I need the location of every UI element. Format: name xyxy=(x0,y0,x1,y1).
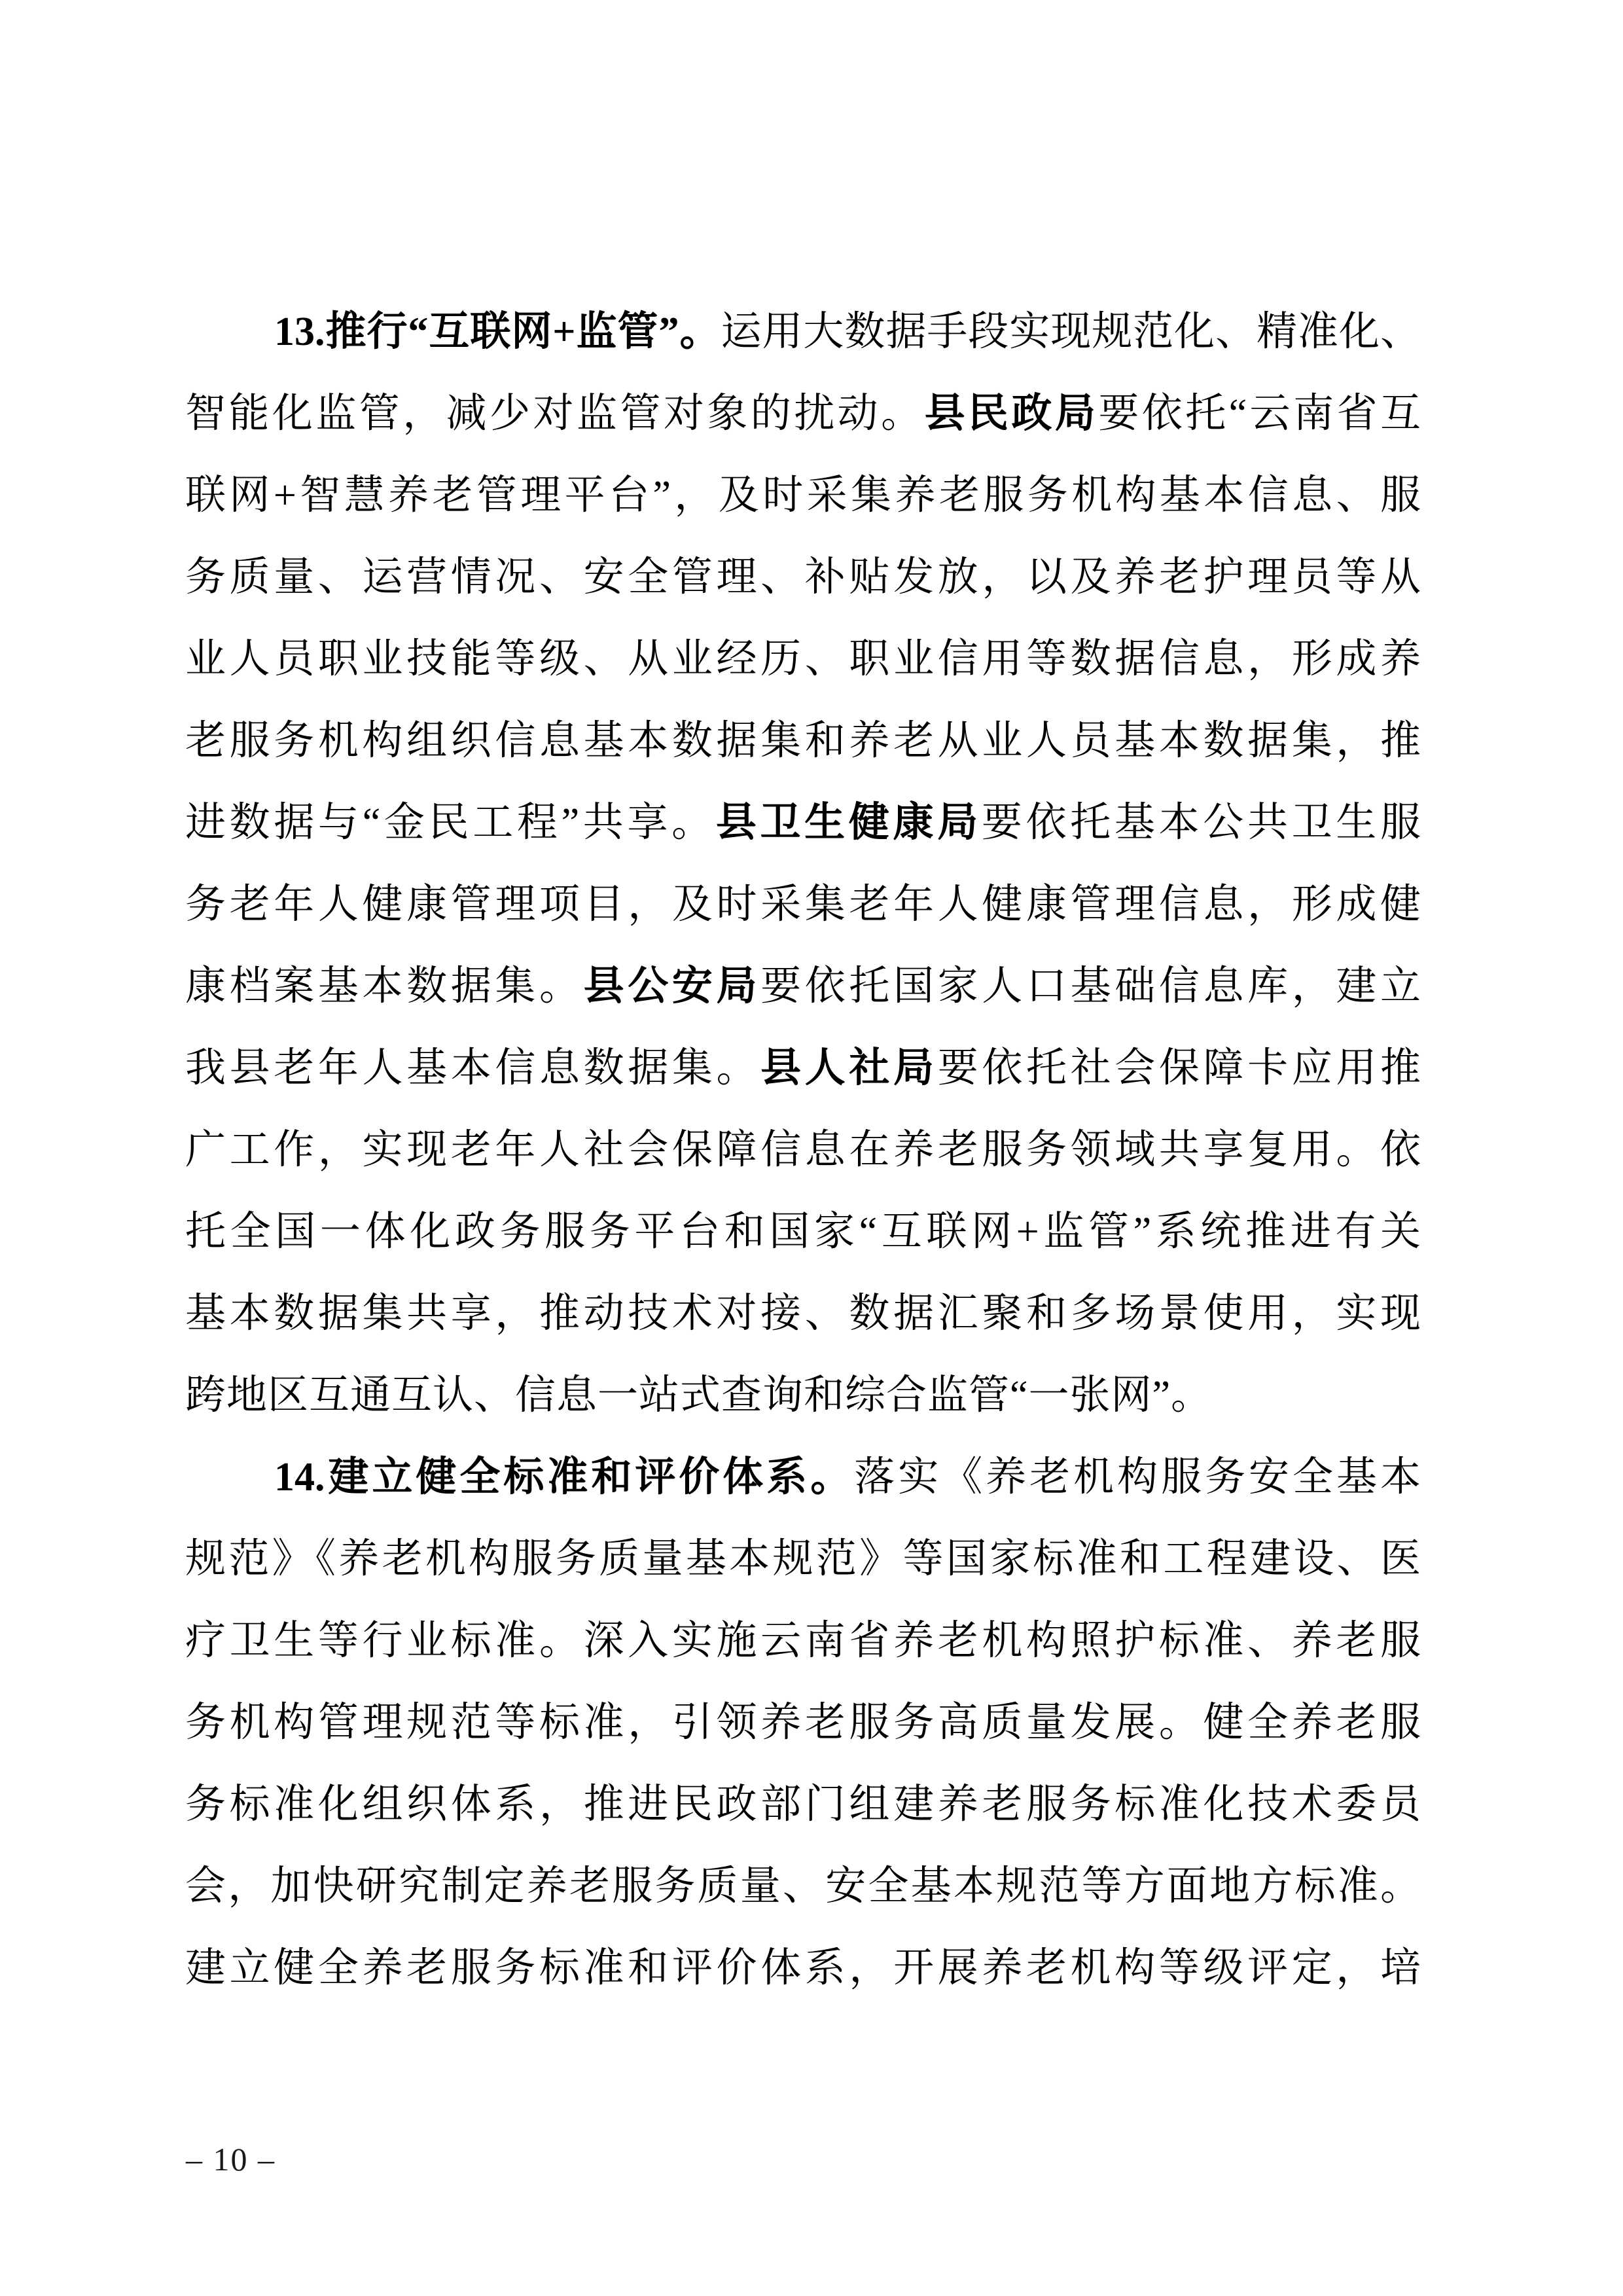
body-text: 要依托基本公共卫生服 xyxy=(982,800,1421,845)
text-line: 建立健全养老服务标准和评价体系，开展养老机构等级评定，培 xyxy=(185,1928,1421,2009)
text-line: 务机构管理规范等标准，引领养老服务高质量发展。健全养老服 xyxy=(185,1682,1421,1764)
text-line: 跨地区互通互认、信息一站式查询和综合监管“一张网”。 xyxy=(185,1355,1421,1437)
body-text: 托全国一体化政务服务平台和国家“互联网+监管”系统推进有关 xyxy=(185,1210,1421,1254)
text-line: 14.建立健全标准和评价体系。落实《养老机构服务安全基本 xyxy=(185,1437,1421,1518)
body-text: 务标准化组织体系，推进民政部门组建养老服务标准化技术委员 xyxy=(185,1782,1421,1827)
text-line: 务质量、运营情况、安全管理、补贴发放，以及养老护理员等从 xyxy=(185,537,1421,619)
body-text: 跨地区互通互认、信息一站式查询和综合监管“一张网”。 xyxy=(185,1373,1212,1418)
text-line: 托全国一体化政务服务平台和国家“互联网+监管”系统推进有关 xyxy=(185,1191,1421,1273)
body-text: 建立健全养老服务标准和评价体系，开展养老机构等级评定，培 xyxy=(185,1946,1421,1990)
body-text: 基本数据集共享，推动技术对接、数据汇聚和多场景使用，实现 xyxy=(185,1291,1421,1336)
body-text: 康档案基本数据集。 xyxy=(185,964,584,1009)
text-line: 智能化监管，减少对监管对象的扰动。县民政局要依托“云南省互 xyxy=(185,373,1421,455)
body-text: 运用大数据手段实现规范化、精准化、 xyxy=(721,310,1421,354)
text-line: 老服务机构组织信息基本数据集和养老从业人员基本数据集，推 xyxy=(185,700,1421,782)
body-text: 务老年人健康管理项目，及时采集老年人健康管理信息，形成健 xyxy=(185,882,1421,927)
text-line: 我县老年人基本信息数据集。县人社局要依托社会保障卡应用推 xyxy=(185,1028,1421,1109)
text-line: 康档案基本数据集。县公安局要依托国家人口基础信息库，建立 xyxy=(185,946,1421,1028)
body-text: 广工作，实现老年人社会保障信息在养老服务领域共享复用。依 xyxy=(185,1128,1421,1172)
text-line: 基本数据集共享，推动技术对接、数据汇聚和多场景使用，实现 xyxy=(185,1273,1421,1355)
emphasis-text: 13.推行“互联网+监管”。 xyxy=(274,310,721,354)
text-line: 务老年人健康管理项目，及时采集老年人健康管理信息，形成健 xyxy=(185,864,1421,946)
body-text: 疗卫生等行业标准。深入实施云南省养老机构照护标准、养老服 xyxy=(185,1619,1421,1663)
body-text: 要依托“云南省互 xyxy=(1098,391,1421,436)
text-line: 业人员职业技能等级、从业经历、职业信用等数据信息，形成养 xyxy=(185,619,1421,700)
document-page: { "page": { "background_color": "#ffffff… xyxy=(0,0,1623,2296)
text-line: 务标准化组织体系，推进民政部门组建养老服务标准化技术委员 xyxy=(185,1764,1421,1846)
text-line: 疗卫生等行业标准。深入实施云南省养老机构照护标准、养老服 xyxy=(185,1600,1421,1682)
text-line: 进数据与“金民工程”共享。县卫生健康局要依托基本公共卫生服 xyxy=(185,782,1421,864)
text-line: 广工作，实现老年人社会保障信息在养老服务领域共享复用。依 xyxy=(185,1109,1421,1191)
emphasis-text: 县民政局 xyxy=(925,391,1099,436)
body-text: 务质量、运营情况、安全管理、补贴发放，以及养老护理员等从 xyxy=(185,555,1421,600)
body-text: 老服务机构组织信息基本数据集和养老从业人员基本数据集，推 xyxy=(185,719,1421,763)
emphasis-text: 县公安局 xyxy=(584,964,761,1009)
emphasis-text: 县卫生健康局 xyxy=(716,800,982,845)
body-text: 进数据与“金民工程”共享。 xyxy=(185,800,716,845)
text-line: 会，加快研究制定养老服务质量、安全基本规范等方面地方标准。 xyxy=(185,1846,1421,1928)
body-text: 要依托社会保障卡应用推 xyxy=(938,1046,1421,1090)
body-text: 务机构管理规范等标准，引领养老服务高质量发展。健全养老服 xyxy=(185,1700,1421,1745)
body-text: 落实《养老机构服务安全基本 xyxy=(854,1455,1421,1499)
text-line: 联网+智慧养老管理平台”，及时采集养老服务机构基本信息、服 xyxy=(185,455,1421,537)
body-text: 要依托国家人口基础信息库，建立 xyxy=(760,964,1421,1009)
emphasis-text: 14.建立健全标准和评价体系。 xyxy=(274,1455,854,1499)
body-text: 联网+智慧养老管理平台”，及时采集养老服务机构基本信息、服 xyxy=(185,473,1421,518)
body-text: 业人员职业技能等级、从业经历、职业信用等数据信息，形成养 xyxy=(185,637,1421,681)
body-text: 我县老年人基本信息数据集。 xyxy=(185,1046,760,1090)
page-number: – 10 – xyxy=(186,2143,276,2176)
body-text: 会，加快研究制定养老服务质量、安全基本规范等方面地方标准。 xyxy=(185,1864,1421,1909)
body-text: 规范》《养老机构服务质量基本规范》等国家标准和工程建设、医 xyxy=(185,1537,1421,1581)
emphasis-text: 县人社局 xyxy=(760,1046,938,1090)
text-line: 规范》《养老机构服务质量基本规范》等国家标准和工程建设、医 xyxy=(185,1518,1421,1600)
body-text: 智能化监管，减少对监管对象的扰动。 xyxy=(185,391,925,436)
document-body: 13.推行“互联网+监管”。运用大数据手段实现规范化、精准化、智能化监管，减少对… xyxy=(185,291,1421,2009)
text-line: 13.推行“互联网+监管”。运用大数据手段实现规范化、精准化、 xyxy=(185,291,1421,373)
